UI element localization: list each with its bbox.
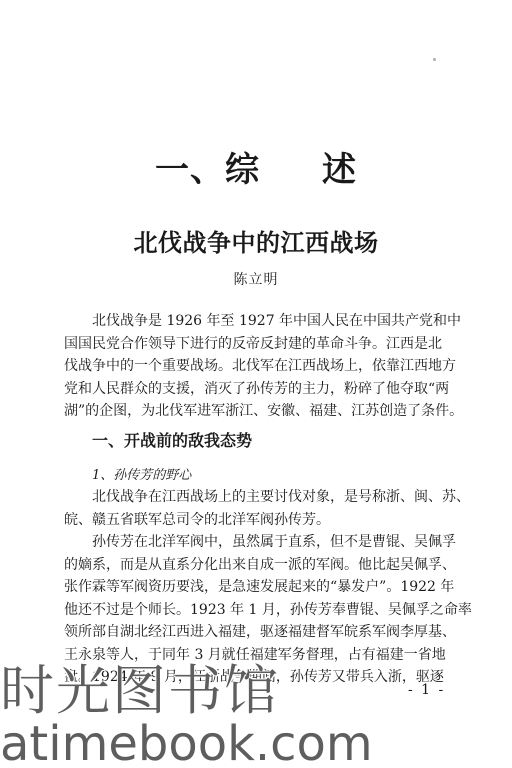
- text-line: 他还不过是个师长。1923 年 1 月，孙传芳奉曹锟、吴佩孚之命率: [64, 599, 468, 622]
- text-line: 湖”的企图，为北伐军进军浙江、安徽、福建、江苏创造了条件。: [64, 400, 468, 423]
- text-line: 皖、赣五省联军总司令的北洋军阀孙传芳。: [64, 509, 468, 532]
- text-line: 党和人民群众的支援，消灭了孙传芳的主力，粉碎了他夺取“两: [64, 378, 468, 401]
- text-line: 领所部自湖北经江西进入福建，驱逐福建督军皖系军阀李厚基、: [64, 621, 468, 644]
- page-number: - 1 -: [408, 680, 445, 700]
- section-paragraph-1: 北伐战争在江西战场上的主要讨伐对象，是号称浙、闽、苏、 皖、赣五省联军总司令的北…: [64, 486, 468, 531]
- chapter-title: 一、综述: [0, 146, 512, 194]
- book-page: 一、综述 北伐战争中的江西战场 陈立明 北伐战争是 1926 年至 1927 年…: [0, 0, 512, 768]
- intro-paragraph: 北伐战争是 1926 年至 1927 年中国人民在中国共产党和中 国国民党合作领…: [64, 310, 468, 423]
- text-line: 伐战争中的一个重要战场。北伐军在江西战场上，依靠江西地方: [64, 355, 468, 378]
- text-line: 北伐战争是 1926 年至 1927 年中国人民在中国共产党和中: [64, 310, 468, 333]
- watermark-url: atimebook.com: [0, 718, 373, 768]
- text-line: 北伐战争在江西战场上的主要讨伐对象，是号称浙、闽、苏、: [64, 486, 468, 509]
- article-title: 北伐战争中的江西战场: [0, 226, 512, 260]
- text-line: 张作霖等军阀资历要浅，是急速发展起来的“暴发户”。1922 年: [64, 576, 468, 599]
- subsection-heading: 1、孙传芳的野心: [92, 466, 191, 486]
- scan-speck: [433, 58, 436, 61]
- chapter-title-right: 述: [322, 150, 357, 190]
- chapter-title-left: 一、综: [155, 150, 260, 190]
- watermark-site-name: 时光图书馆: [0, 660, 280, 722]
- article-author: 陈立明: [0, 270, 512, 290]
- text-line: 孙传芳在北洋军阀中，虽然属于直系，但不是曹锟、吴佩孚: [64, 531, 468, 554]
- text-line: 的嫡系，而是从直系分化出来自成一派的军阀。他比起吴佩孚、: [64, 554, 468, 577]
- section-heading: 一、开战前的敌我态势: [92, 430, 252, 452]
- text-line: 国国民党合作领导下进行的反帝反封建的革命斗争。江西是北: [64, 333, 468, 356]
